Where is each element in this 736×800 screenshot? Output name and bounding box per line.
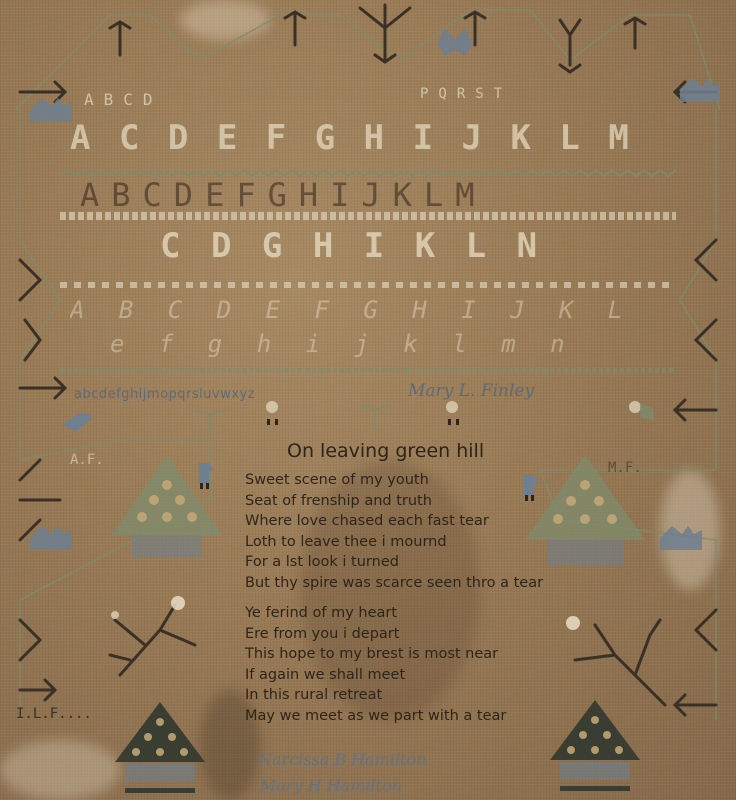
- bird-blue-left: [195, 463, 215, 493]
- poem-title: On leaving green hill: [287, 440, 565, 462]
- poem-line: Where love chased each fast tear: [245, 511, 565, 532]
- poem-line: Ye ferind of my heart: [245, 603, 565, 624]
- green-band: [60, 368, 676, 373]
- flower-sprig-left: [100, 585, 210, 685]
- alphabet-row-6-script: e f g h i j k l m n: [110, 330, 666, 358]
- alphabet-row-2: A C D E F G H I J K L M: [70, 118, 666, 158]
- poem-line: Sweet scene of my youth: [245, 470, 565, 491]
- poem-line: If again we shall meet: [245, 665, 565, 686]
- signature-narcissa-hamilton: Narcissa B Hamilton: [258, 750, 426, 769]
- sampler-canvas: ABCD PQRST A C D E F G H I J K L M ABCDE…: [0, 0, 736, 800]
- signature-mary-hamilton: Mary H Hamilton: [260, 776, 402, 795]
- alphabet-row-4: C D G H I K L N: [160, 226, 666, 266]
- poem-line: Loth to leave thee i mournd: [245, 532, 565, 553]
- initials-mf: M.F.: [608, 460, 642, 476]
- initials-af: A.F.: [70, 452, 104, 468]
- poem-line: Seat of frenship and truth: [245, 491, 565, 512]
- poem-line: May we meet as we part with a tear: [245, 706, 565, 727]
- alphabet-row-1-right: PQRST: [420, 86, 666, 102]
- checker-band: [60, 282, 676, 288]
- poem-line: This hope to my brest is most near: [245, 644, 565, 665]
- poem-line: For a lst look i turned: [245, 552, 565, 573]
- poem-line: Ere from you i depart: [245, 624, 565, 645]
- poem-line: But thy spire was scarce seen thro a tea…: [245, 573, 565, 594]
- cream-band: [60, 212, 676, 220]
- alphabet-row-3-eyelet: ABCDEFGHIJKLM: [80, 176, 656, 214]
- poem-line: In this rural retreat: [245, 685, 565, 706]
- poem: On leaving green hill Sweet scene of my …: [245, 440, 565, 726]
- alphabet-row-5-script: A B C D E F G H I J K L: [70, 296, 666, 324]
- fruit-basket-lower-left: [110, 692, 210, 800]
- initials-ilf: I.L.F....: [16, 706, 92, 722]
